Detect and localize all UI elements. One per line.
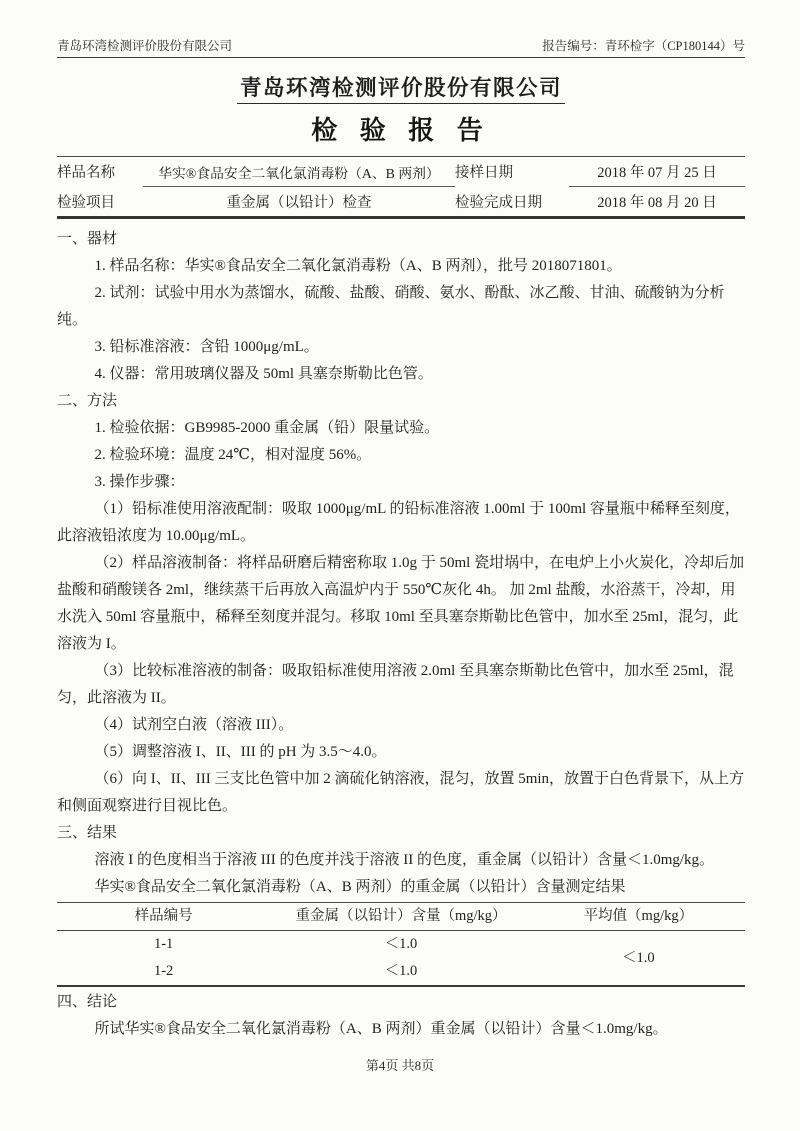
sample-id-cell: 1-1 [57,931,270,959]
section-1-item: 3. 铅标准溶液：含铅 1000μg/mL。 [57,334,745,361]
section-4-heading: 四、结论 [57,989,745,1016]
results-header-content: 重金属（以铅计）含量（mg/kg） [270,903,531,931]
report-body: 一、器材 1. 样品名称：华实®食品安全二氧化氯消毒粉（A、B 两剂），批号 2… [57,226,745,1043]
section-2-item: （1）铅标准使用溶液配制：吸取 1000μg/mL 的铅标准溶液 1.00ml … [57,496,745,550]
section-2-item: 3. 操作步骤： [57,469,745,496]
section-2-item: （3）比较标准溶液的制备：吸取铅标准使用溶液 2.0ml 至具塞奈斯勒比色管中，… [57,658,745,712]
test-item-label: 检验项目 [57,187,143,216]
average-value-cell: ＜1.0 [532,931,745,987]
section-2-item: （6）向 I、II、III 三支比色管中加 2 滴硫化钠溶液，混匀，放置 5mi… [57,766,745,820]
completed-date-label: 检验完成日期 [455,187,569,216]
results-table-caption: 华实®食品安全二氧化氯消毒粉（A、B 两剂）的重金属（以铅计）含量测定结果 [57,874,745,901]
header-report-number: 报告编号：青环检字（CP180144）号 [542,36,745,54]
page-footer: 第4页 共8页 [0,1055,800,1074]
section-2-item: （2）样品溶液制备：将样品研磨后精密称取 1.0g 于 50ml 瓷坩埚中，在电… [57,550,745,658]
section-4-conclusion-text: 所试华实®食品安全二氧化氯消毒粉（A、B 两剂）重金属（以铅计）含量＜1.0mg… [57,1016,745,1043]
test-item-value: 重金属（以铅计）检查 [143,187,455,216]
running-header: 青岛环湾检测评价股份有限公司 报告编号：青环检字（CP180144）号 [57,36,745,58]
sample-name-value: 华实®食品安全二氧化氯消毒粉（A、B 两剂） [143,157,455,187]
section-1-item: 4. 仪器：常用玻璃仪器及 50ml 具塞奈斯勒比色管。 [57,361,745,388]
report-page: 青岛环湾检测评价股份有限公司 报告编号：青环检字（CP180144）号 青岛环湾… [0,0,800,1131]
results-header-sample-id: 样品编号 [57,903,270,931]
section-1-item: 1. 样品名称：华实®食品安全二氧化氯消毒粉（A、B 两剂），批号 201807… [57,253,745,280]
content-value-cell: ＜1.0 [270,931,531,959]
section-2-heading: 二、方法 [57,388,745,415]
table-row: 1-1 ＜1.0 ＜1.0 [57,931,745,959]
section-1-heading: 一、器材 [57,226,745,253]
content-value-cell: ＜1.0 [270,958,531,986]
section-2-item: 1. 检验依据：GB9985-2000 重金属（铅）限量试验。 [57,415,745,442]
company-title-row: 青岛环湾检测评价股份有限公司 [57,71,745,104]
company-title: 青岛环湾检测评价股份有限公司 [237,71,565,104]
sample-name-label: 样品名称 [57,157,143,186]
page-number: 第4页 共8页 [366,1058,434,1073]
results-header-row: 样品编号 重金属（以铅计）含量（mg/kg） 平均值（mg/kg） [57,903,745,931]
results-header-average: 平均值（mg/kg） [532,903,745,931]
section-3-heading: 三、结果 [57,820,745,847]
section-2-item: （5）调整溶液 I、II、III 的 pH 为 3.5～4.0。 [57,739,745,766]
section-1-item: 2. 试剂：试验中用水为蒸馏水，硫酸、盐酸、硝酸、氨水、酚酞、冰乙酸、甘油、硫酸… [57,280,745,334]
received-date-label: 接样日期 [455,157,569,186]
sample-info-table: 样品名称 华实®食品安全二氧化氯消毒粉（A、B 两剂） 接样日期 2018 年 … [57,156,745,219]
report-title: 检 验 报 告 [57,110,745,147]
section-2-item: （4）试剂空白液（溶液 III）。 [57,712,745,739]
results-table: 样品编号 重金属（以铅计）含量（mg/kg） 平均值（mg/kg） 1-1 ＜1… [57,902,745,987]
section-3-result-text: 溶液 I 的色度相当于溶液 III 的色度并浅于溶液 II 的色度，重金属（以铅… [57,847,745,874]
received-date-value: 2018 年 07 月 25 日 [569,157,745,187]
completed-date-value: 2018 年 08 月 20 日 [569,187,745,216]
header-company-name: 青岛环湾检测评价股份有限公司 [57,36,232,54]
sample-id-cell: 1-2 [57,958,270,986]
section-2-item: 2. 检验环境：温度 24℃，相对湿度 56%。 [57,442,745,469]
